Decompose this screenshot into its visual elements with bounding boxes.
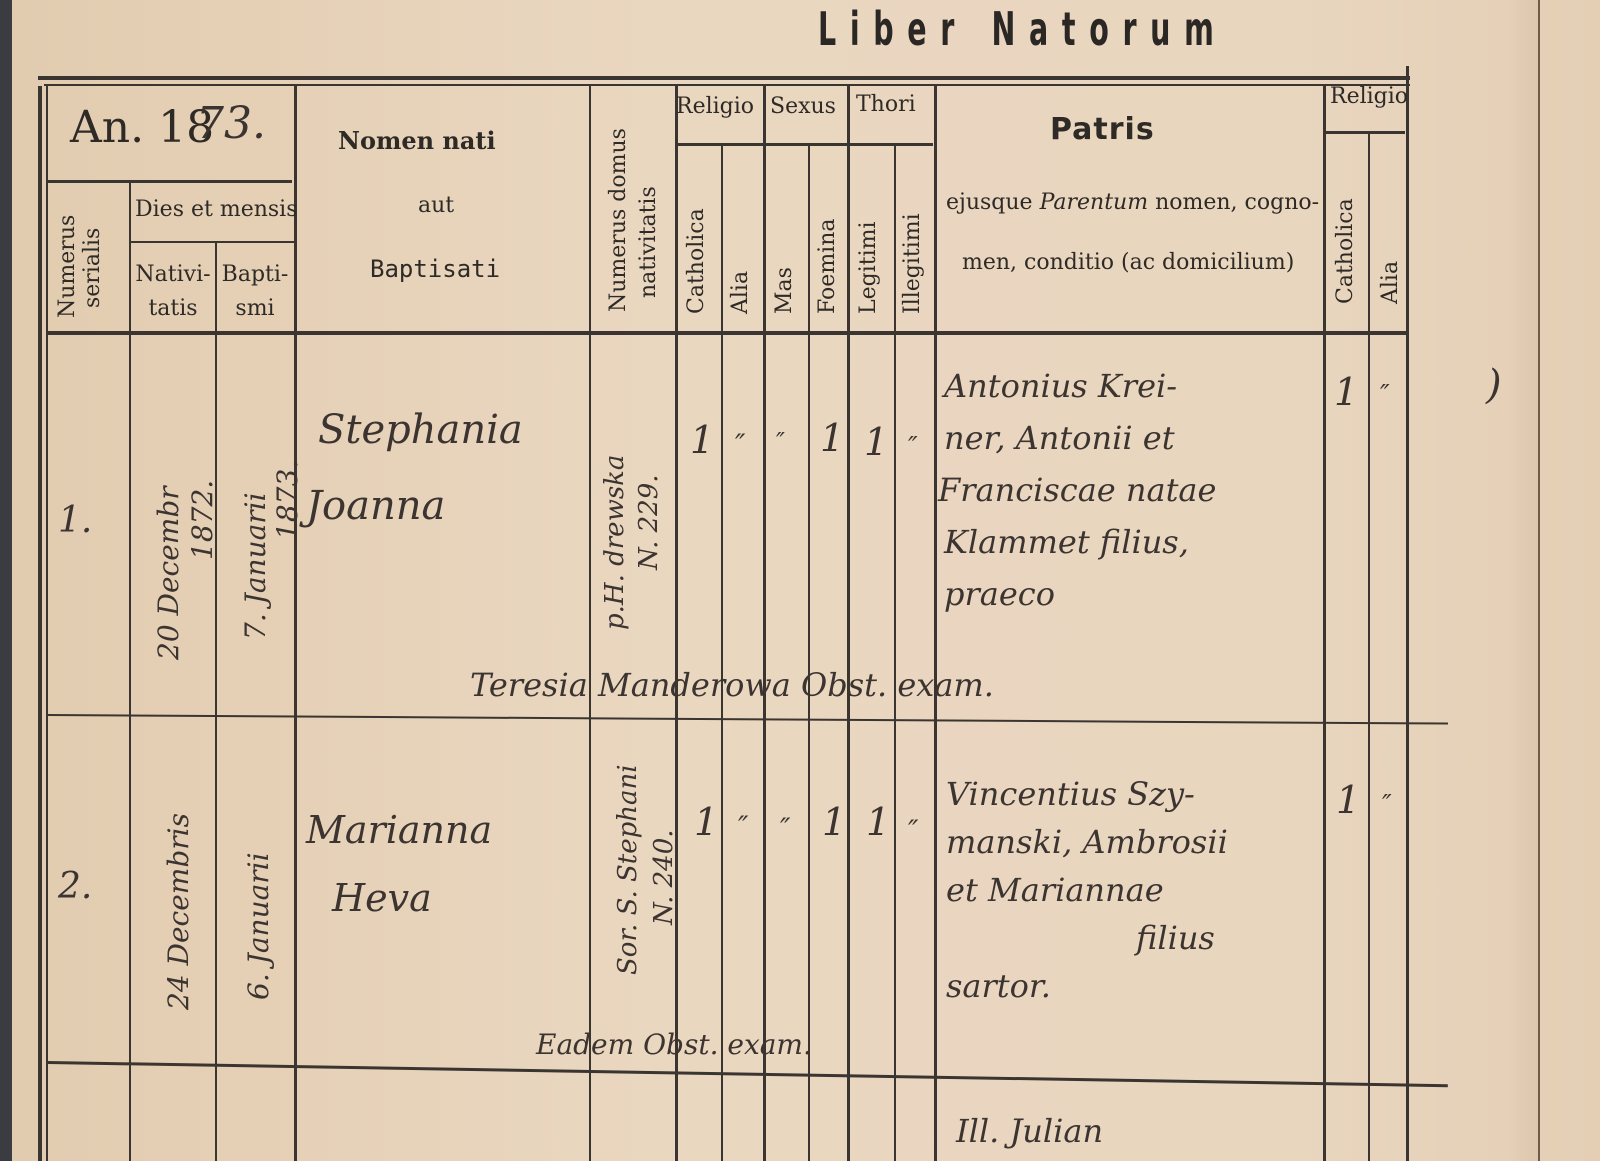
patris-desc-parentum: Parentum [1040,190,1149,215]
foemina-label: Foemina [815,218,840,314]
entry-2-nomen-second: Heva [332,864,492,932]
frame-left-thick [38,86,42,1161]
entry-2-patris-line5: sartor. [946,962,1228,1010]
entry-2-obstetrix: Eadem Obst. exam. [536,1028,812,1061]
entry-1-nativitatis-year: 1872. [186,480,220,560]
patris-desc-ejusque: ejusque [946,190,1033,215]
col-line-religio-patris [1323,86,1326,1161]
col-line-domus [589,86,591,1161]
entry-2-alia: ″ [738,810,748,843]
entry-2-nativitatis: 24 Decembris [162,813,195,1010]
entry-2-nomen: Marianna Heva [306,796,492,932]
entry-1-nativitatis-date: 20 Decembr [152,480,186,660]
entry-1-baptismi-date: 7. Januarii [240,460,272,640]
nativitatis-label: Nativi- tatis [133,258,213,326]
entry-1-baptismi: 7. Januarii 1873. [240,460,304,640]
entry-2-patris-line1: Vincentius Szy- [946,770,1228,818]
header-religio2-bottom [1325,131,1405,134]
entry-2-religio-patris-catholica: 1 [1336,778,1360,822]
entry-2-domus: Sor. S. Stephani N. 240. [610,764,682,975]
page-shadow [1508,0,1538,1161]
patris-desc-line2: men, conditio (ac domicilium) [962,250,1294,275]
baptisati-label: Baptisati [370,255,500,283]
sexus-label: Sexus [770,94,836,119]
col-line-alia [721,146,723,1161]
entry-2-mas: ″ [780,812,790,845]
entry-2-illegitimi: ″ [908,814,918,847]
entry-2-legitimi: 1 [866,800,890,844]
entry-1-domus: p.H. drewska N. 229. [598,455,666,630]
entry-1-nativitatis: 20 Decembr 1872. [152,480,220,660]
col-line-patris [934,86,937,1161]
entry-2-foemina: 1 [822,800,846,844]
entry-1-religio-patris-catholica: 1 [1334,370,1358,414]
entry-2-baptismi: 6. Januarii [242,852,275,1000]
legitimi-label: Legitimi [856,221,881,314]
entry-1-foemina: 1 [820,416,844,460]
col-line-thori [847,86,850,1161]
patris-desc-nomen: nomen, cogno- [1155,190,1319,215]
col-line-religio [675,86,678,1161]
col-line-sexus [763,86,766,1161]
entry-1-mas: ″ [776,428,785,456]
catholica-label: Catholica [684,208,709,314]
entry-2-religio-patris-alia: ″ [1382,790,1392,820]
mas-label: Mas [772,267,797,314]
entry-2-patris-line2: manski, Ambrosii [946,818,1228,866]
religio-patris-label: Religio [1330,84,1408,109]
entry-1-obstetrix: Teresia Manderowa Obst. exam. [470,666,994,704]
frame-top-thin [44,84,1410,86]
margin-mark: ) [1486,362,1502,408]
dies-et-mensis-label: Dies et mensis [135,197,298,222]
thori-label: Thori [856,92,916,117]
numerus-domus-label: Numerus domus nativitatis [604,128,664,312]
numerus-domus-line1: Numerus domus [604,128,634,312]
entry-1-baptismi-year: 1873. [272,460,304,540]
entry-2-nomen-first: Marianna [306,796,492,864]
alia-patris-label: Alia [1378,261,1403,304]
entry-1-patris-line2: ner, Antonii et [944,412,1216,464]
col-line-nativitatis [215,243,217,1161]
numerus-serialis-label: Numerus serialis [55,168,105,318]
nomen-nati-label: Nomen nati [338,126,496,155]
col-line-illegitimi [894,146,896,1161]
bapti-label: Bapti- [217,258,293,292]
entry-2-serial: 2. [58,866,92,907]
numerus-domus-line2: nativitatis [634,128,664,298]
entry-1-nomen-first: Stephania [318,392,523,468]
patris-label: Patris [1050,112,1155,147]
entry-2-patris-line3: et Mariannae [946,866,1228,914]
page-fold-line [1538,0,1540,1161]
entry-2-domus-number: N. 240. [646,764,682,925]
entry-1-illegitimi: ″ [908,432,918,462]
entry-1-patris: Antonius Krei- ner, Antonii et Francisca… [944,360,1216,620]
entry-1-patris-line4: Klammet filius, [944,516,1216,568]
col-line-serial [129,182,131,1161]
frame-top-thick [38,76,1410,80]
entry-1-domus-street: p.H. drewska [598,455,632,630]
entry-1-alia: ″ [735,428,745,461]
numerus-label: Numerus [55,168,80,318]
entry-2-patris-line4: filius [1136,914,1228,962]
religio-label: Religio [676,94,754,119]
header-bottom [48,331,1408,335]
entry-2-domus-street: Sor. S. Stephani [610,764,646,975]
entry-1-nomen: Stephania Joanna [318,392,523,544]
entry-1-patris-line5: praeco [944,568,1216,620]
entry-1-legitimi: 1 [864,420,888,464]
entry-2-nativitatis-date: 24 Decembris [162,813,195,1010]
entry-1-nomen-second: Joanna [306,468,523,544]
baptismi-label: Bapti- smi [217,258,293,326]
catholica-patris-label: Catholica [1333,198,1358,304]
entry-1-domus-number: N. 229. [632,455,666,570]
col-line-foemina [808,146,810,1161]
serialis-label: serialis [80,168,105,308]
entry-1-catholica: 1 [690,418,714,462]
year-label: An. 18 [70,102,214,153]
header-dies-bottom [130,241,296,243]
entry-2-catholica: 1 [694,800,718,844]
smi-label: smi [217,292,293,326]
tatis-label: tatis [133,292,213,326]
col-line-alia-patris [1368,134,1370,1161]
entry-2-patris: Vincentius Szy- manski, Ambrosii et Mari… [946,770,1228,1010]
entry-1-patris-line3: Franciscae natae [938,464,1216,516]
entry-1-religio-patris-alia: ″ [1380,380,1390,410]
illegitimi-label: Illegitimi [900,213,925,314]
entry-1-serial: 1. [58,500,92,541]
alia-label: Alia [728,271,753,314]
year-handwritten: 73. [196,98,266,149]
nativi-label: Nativi- [133,258,213,292]
running-title: Liber Natorum [818,2,1227,56]
entry-3-patris-partial: Ill. Julian [956,1112,1103,1150]
col-line-right [1406,66,1409,1161]
frame-left-thin [46,86,48,1161]
entry-1-patris-line1: Antonius Krei- [944,360,1216,412]
patris-desc-line1: ejusque Parentum nomen, cogno- [946,190,1319,215]
book-spine-edge [0,0,12,1161]
aut-label: aut [418,193,454,218]
entry-2-baptismi-date: 6. Januarii [242,852,275,1000]
